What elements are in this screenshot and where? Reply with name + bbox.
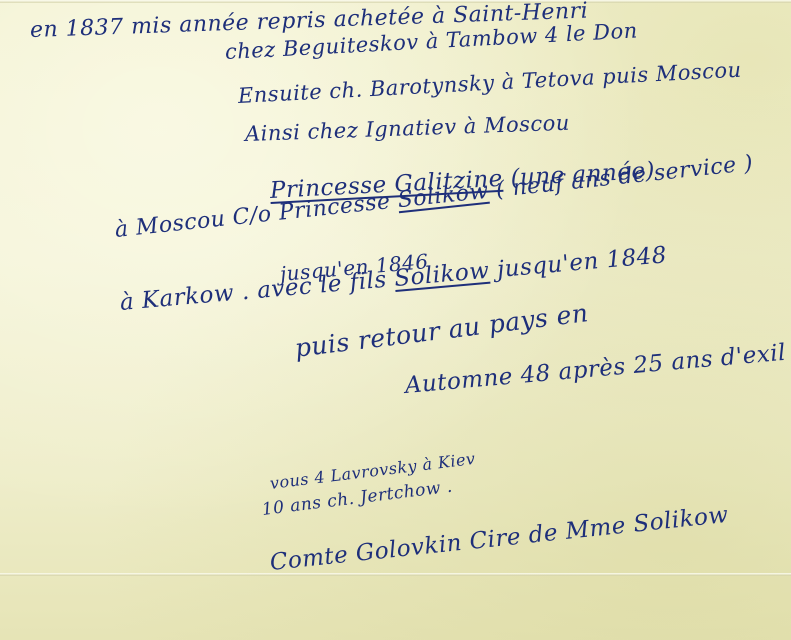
line-13: Comte Golovkin Cire de Mme Solikow [269, 502, 730, 576]
line-4: Ainsi chez Ignatiev à Moscou [245, 111, 571, 146]
line-3: Ensuite ch. Barotynsky à Tetova puis Mos… [237, 58, 742, 108]
line-8-text: à Karkow . avec le fils [119, 266, 396, 316]
line-13-text: Comte Golovkin Cire de Mme Solikow [269, 502, 730, 576]
line-3-text: Ensuite ch. Barotynsky à Tetova puis Mos… [237, 58, 742, 108]
line-6: à Moscou C/o Princesse Solikow ( neuf an… [114, 151, 755, 243]
line-10: Automne 48 après 25 ans d'exil [404, 340, 787, 399]
handwritten-document: en 1837 mis année repris achetée à Saint… [0, 0, 791, 640]
fold-crease [0, 573, 791, 576]
line-8-suffix: jusqu'en 1848 [488, 242, 668, 283]
line-9: puis retour au pays en [293, 298, 590, 363]
line-9-text: puis retour au pays en [293, 298, 590, 363]
line-6-text: à Moscou C/o Princesse [114, 188, 399, 243]
line-4-text: Ainsi chez Ignatiev à Moscou [245, 111, 571, 146]
line-10-text: Automne 48 après 25 ans d'exil [404, 340, 787, 399]
paper-top-edge [0, 0, 791, 3]
